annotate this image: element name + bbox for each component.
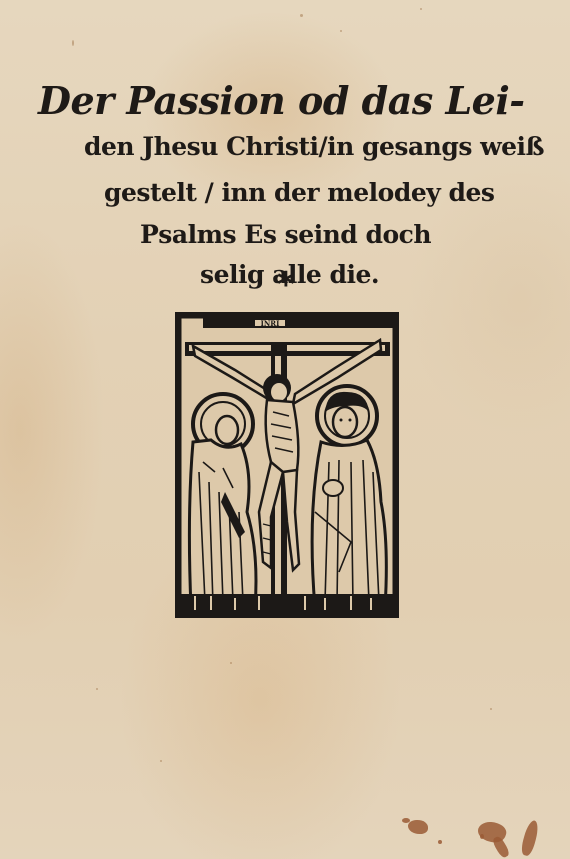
ink-stain bbox=[480, 834, 484, 839]
crucifixion-woodcut: INRI bbox=[175, 312, 399, 618]
title-line-4: Psalms Es seind doch bbox=[140, 220, 431, 249]
document-page: Der Passion od das Lei- den Jhesu Christ… bbox=[0, 0, 570, 859]
titulus-inri: INRI bbox=[261, 319, 280, 328]
paper-speck bbox=[420, 8, 422, 10]
ink-stain bbox=[438, 840, 442, 844]
asterisk-ornament-icon: * bbox=[277, 270, 295, 300]
paper-speck bbox=[490, 708, 492, 710]
paper-speck bbox=[160, 760, 162, 762]
title-line-2: den Jhesu Christi/in gesangs weiß bbox=[84, 132, 544, 161]
paper-speck bbox=[300, 14, 303, 17]
paper-speck bbox=[230, 662, 232, 664]
ink-stain bbox=[402, 818, 410, 823]
ink-stain bbox=[520, 819, 541, 857]
title-line-3: gestelt / inn der melodey des bbox=[104, 178, 494, 207]
paper-speck bbox=[96, 688, 98, 690]
ink-stain bbox=[408, 820, 428, 834]
title-line-1: Der Passion od das Lei- bbox=[38, 78, 525, 123]
ink-stain bbox=[491, 835, 511, 859]
paper-speck bbox=[340, 30, 342, 32]
paper-speck bbox=[72, 40, 74, 46]
